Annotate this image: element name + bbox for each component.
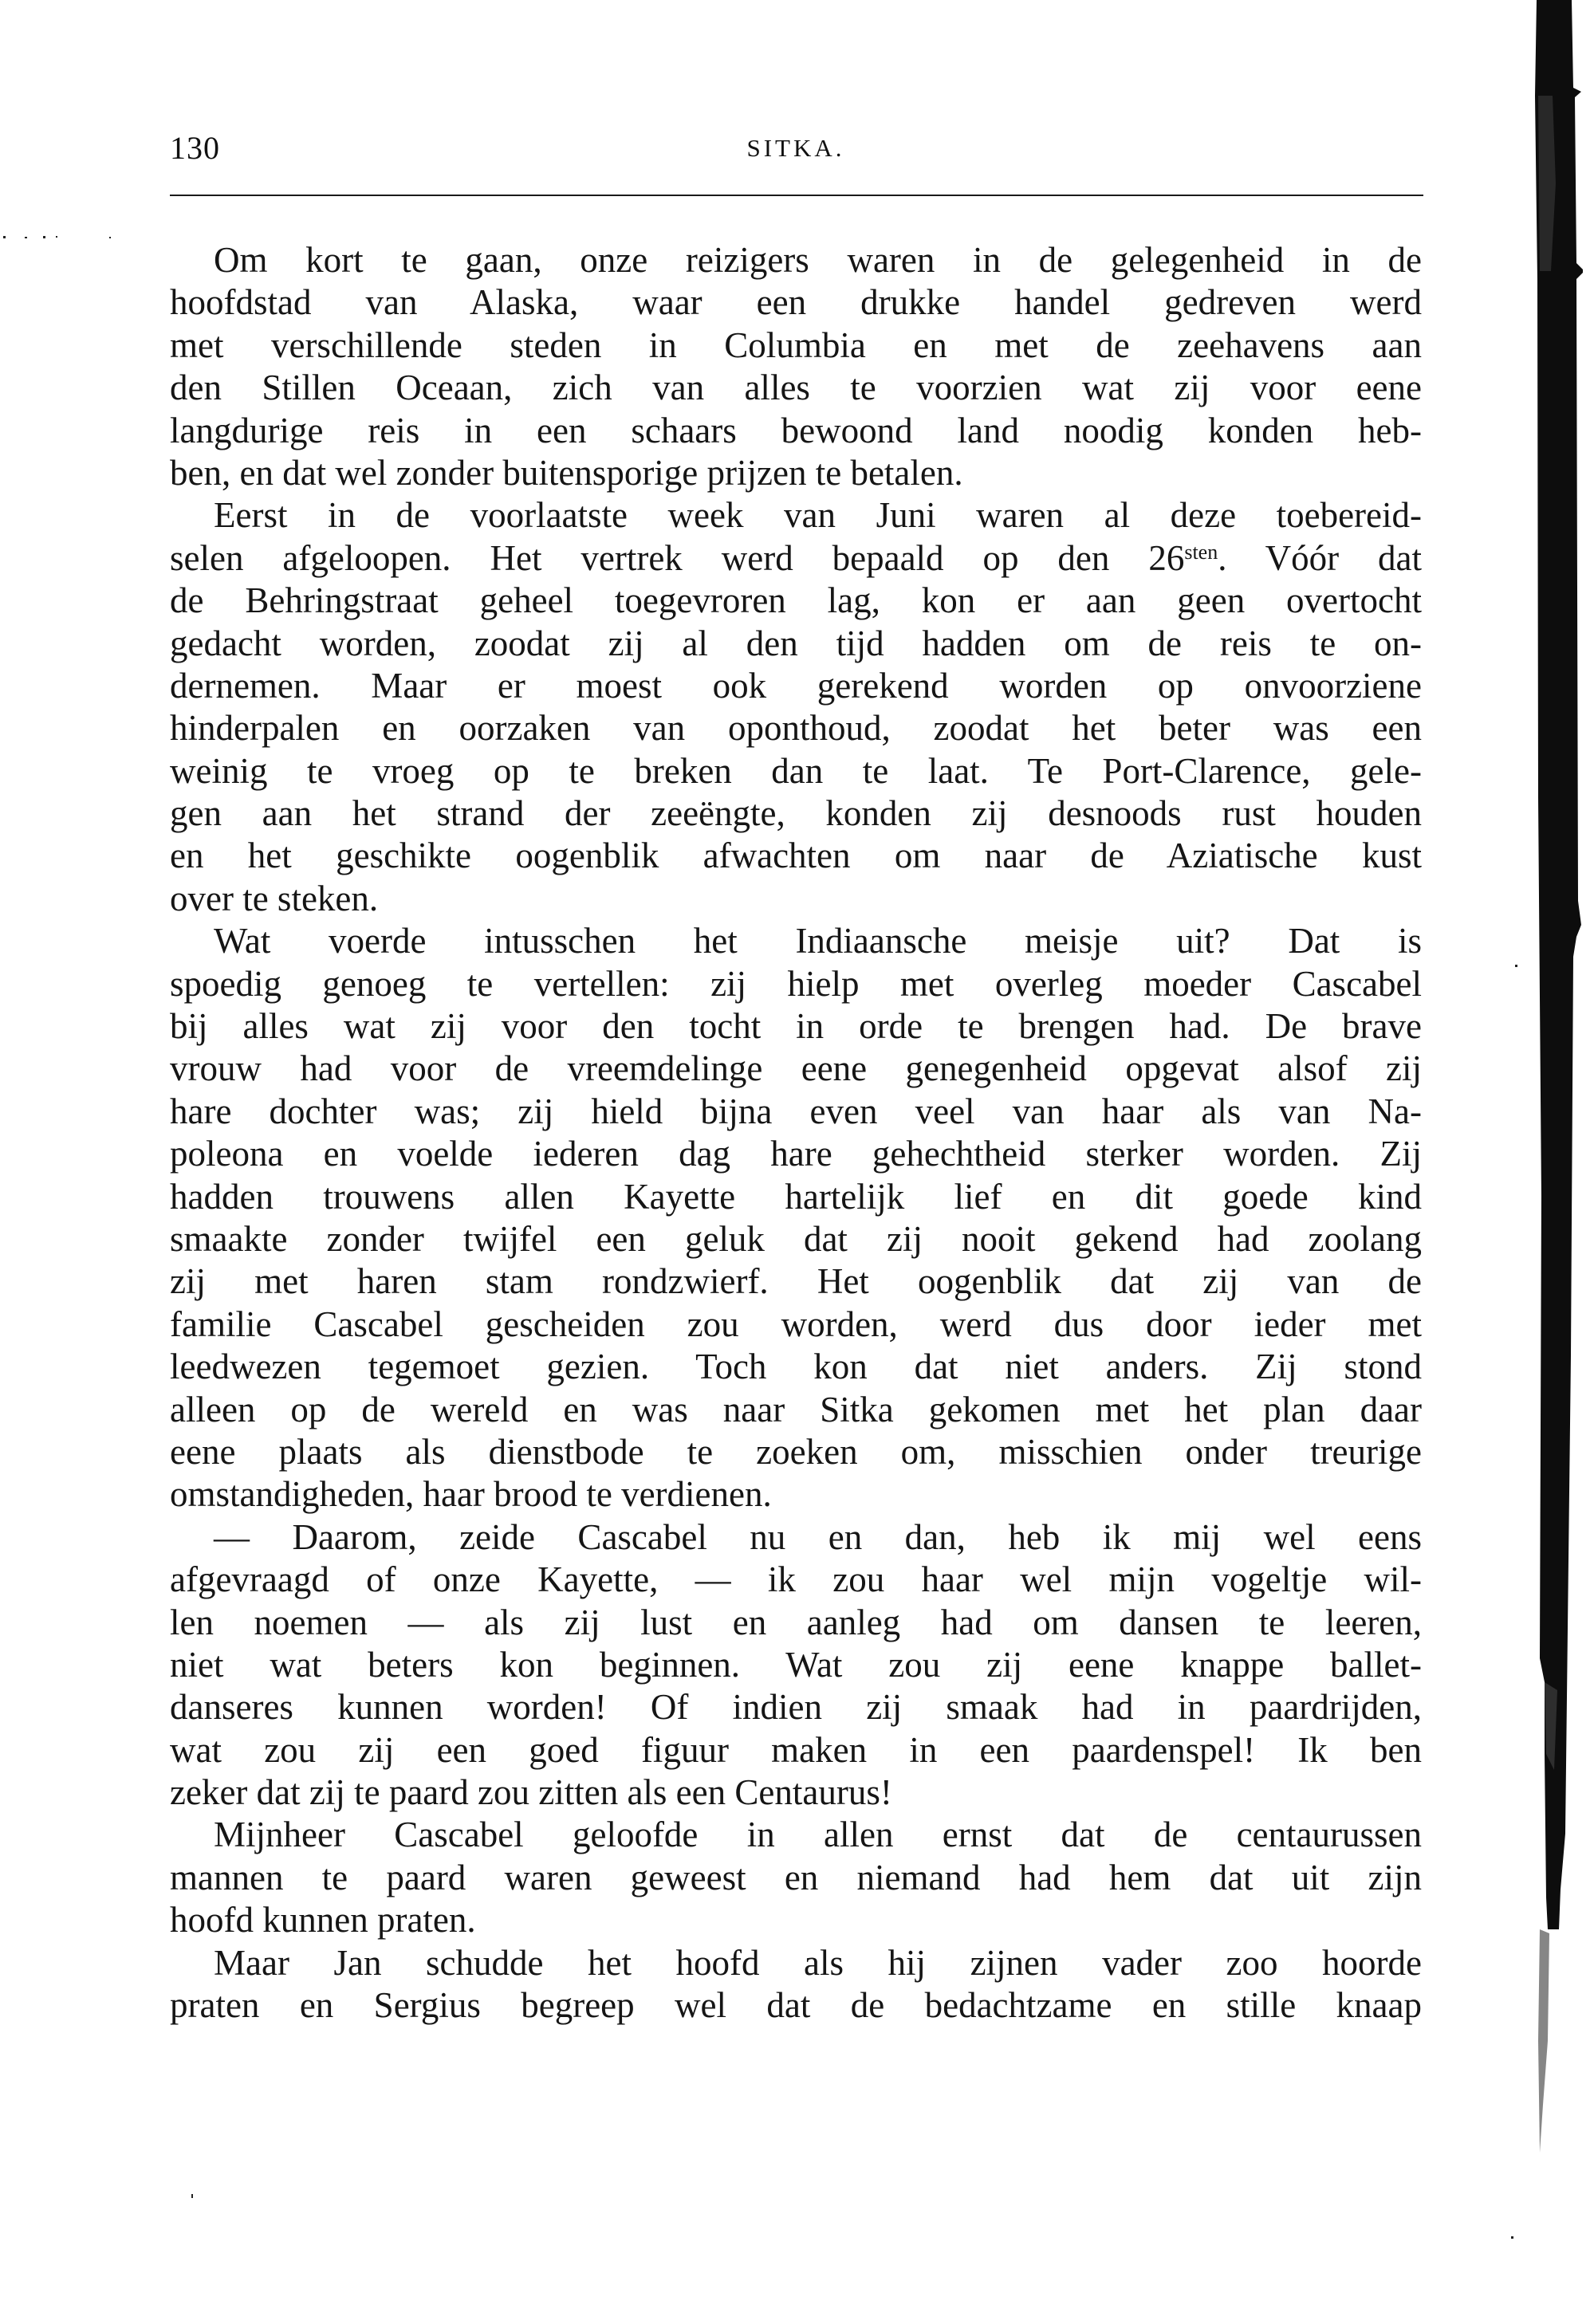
- text-line: smaakte zonder twijfel een geluk dat zij…: [170, 1218, 1422, 1260]
- superscript: sten: [1184, 541, 1218, 564]
- text-line: Maar Jan schudde het hoofd als hij zijne…: [170, 1942, 1422, 1984]
- header-rule: [170, 195, 1423, 196]
- text-line: alleen op de wereld en was naar Sitka ge…: [170, 1389, 1422, 1431]
- text-line: hadden trouwens allen Kayette hartelijk …: [170, 1176, 1422, 1218]
- text-line: selen afgeloopen. Het vertrek werd bepaa…: [170, 537, 1422, 580]
- text-line: langdurige reis in een schaars bewoond l…: [170, 410, 1422, 452]
- text-line: niet wat beters kon beginnen. Wat zou zi…: [170, 1644, 1422, 1686]
- text-line: wat zou zij een goed figuur maken in een…: [170, 1729, 1422, 1772]
- text-line: Mijnheer Cascabel geloofde in allen erns…: [170, 1814, 1422, 1856]
- text-line: Eerst in de voorlaatste week van Juni wa…: [170, 494, 1422, 537]
- text-line: en het geschikte oogenblik afwachten om …: [170, 835, 1422, 877]
- text-line: Wat voerde intusschen het Indiaansche me…: [170, 920, 1422, 962]
- text-line: over te steken.: [170, 878, 1422, 920]
- text-line: eene plaats als dienstbode te zoeken om,…: [170, 1431, 1422, 1473]
- text-line: met verschillende steden in Columbia en …: [170, 324, 1422, 367]
- text-line: leedwezen tegemoet gezien. Toch kon dat …: [170, 1346, 1422, 1388]
- book-page: 130 SITKA. Om kort te gaan, onze reizige…: [0, 0, 1594, 2324]
- text-line: poleona en voelde iederen dag hare gehec…: [170, 1133, 1422, 1175]
- text-line: danseres kunnen worden! Of indien zij sm…: [170, 1686, 1422, 1728]
- text-line: bij alles wat zij voor den tocht in orde…: [170, 1005, 1422, 1048]
- text-line: hare dochter was; zij hield bijna even v…: [170, 1091, 1422, 1133]
- text-line: hoofd kunnen praten.: [170, 1899, 1422, 1941]
- body-text: Om kort te gaan, onze reizigers waren in…: [170, 239, 1422, 2027]
- text-line: — Daarom, zeide Cascabel nu en dan, heb …: [170, 1516, 1422, 1559]
- binding-edge-shadow: [1535, 0, 1583, 2324]
- text-line: weinig te vroeg op te breken dan te laat…: [170, 750, 1422, 792]
- running-head: 130 SITKA.: [170, 128, 1422, 167]
- text-line: praten en Sergius begreep wel dat de bed…: [170, 1984, 1422, 2027]
- text-line: familie Cascabel gescheiden zou worden, …: [170, 1304, 1422, 1346]
- text-line: gen aan het strand der zeeëngte, konden …: [170, 792, 1422, 835]
- text-line: zeker dat zij te paard zou zitten als ee…: [170, 1772, 1422, 1814]
- text-line: den Stillen Oceaan, zich van alles te vo…: [170, 367, 1422, 409]
- text-line: dernemen. Maar er moest ook gerekend wor…: [170, 665, 1422, 707]
- text-line: omstandigheden, haar brood te verdienen.: [170, 1473, 1422, 1516]
- text-line: len noemen — als zij lust en aanleg had …: [170, 1602, 1422, 1644]
- text-line: spoedig genoeg te vertellen: zij hielp m…: [170, 963, 1422, 1005]
- text-line: vrouw had voor de vreemdelinge eene gene…: [170, 1048, 1422, 1090]
- text-line: zij met haren stam rondzwierf. Het oogen…: [170, 1260, 1422, 1303]
- text-line: de Behringstraat geheel toegevroren lag,…: [170, 580, 1422, 622]
- text-line: mannen te paard waren geweest en niemand…: [170, 1857, 1422, 1899]
- text-line: Om kort te gaan, onze reizigers waren in…: [170, 239, 1422, 281]
- text-line: ben, en dat wel zonder buitensporige pri…: [170, 452, 1422, 494]
- text-line: hoofdstad van Alaska, waar een drukke ha…: [170, 281, 1422, 324]
- text-line: hinderpalen en oorzaken van oponthoud, z…: [170, 707, 1422, 749]
- running-title: SITKA.: [170, 132, 1422, 164]
- text-line: gedacht worden, zoodat zij al den tijd h…: [170, 623, 1422, 665]
- text-line: afgevraagd of onze Kayette, — ik zou haa…: [170, 1559, 1422, 1601]
